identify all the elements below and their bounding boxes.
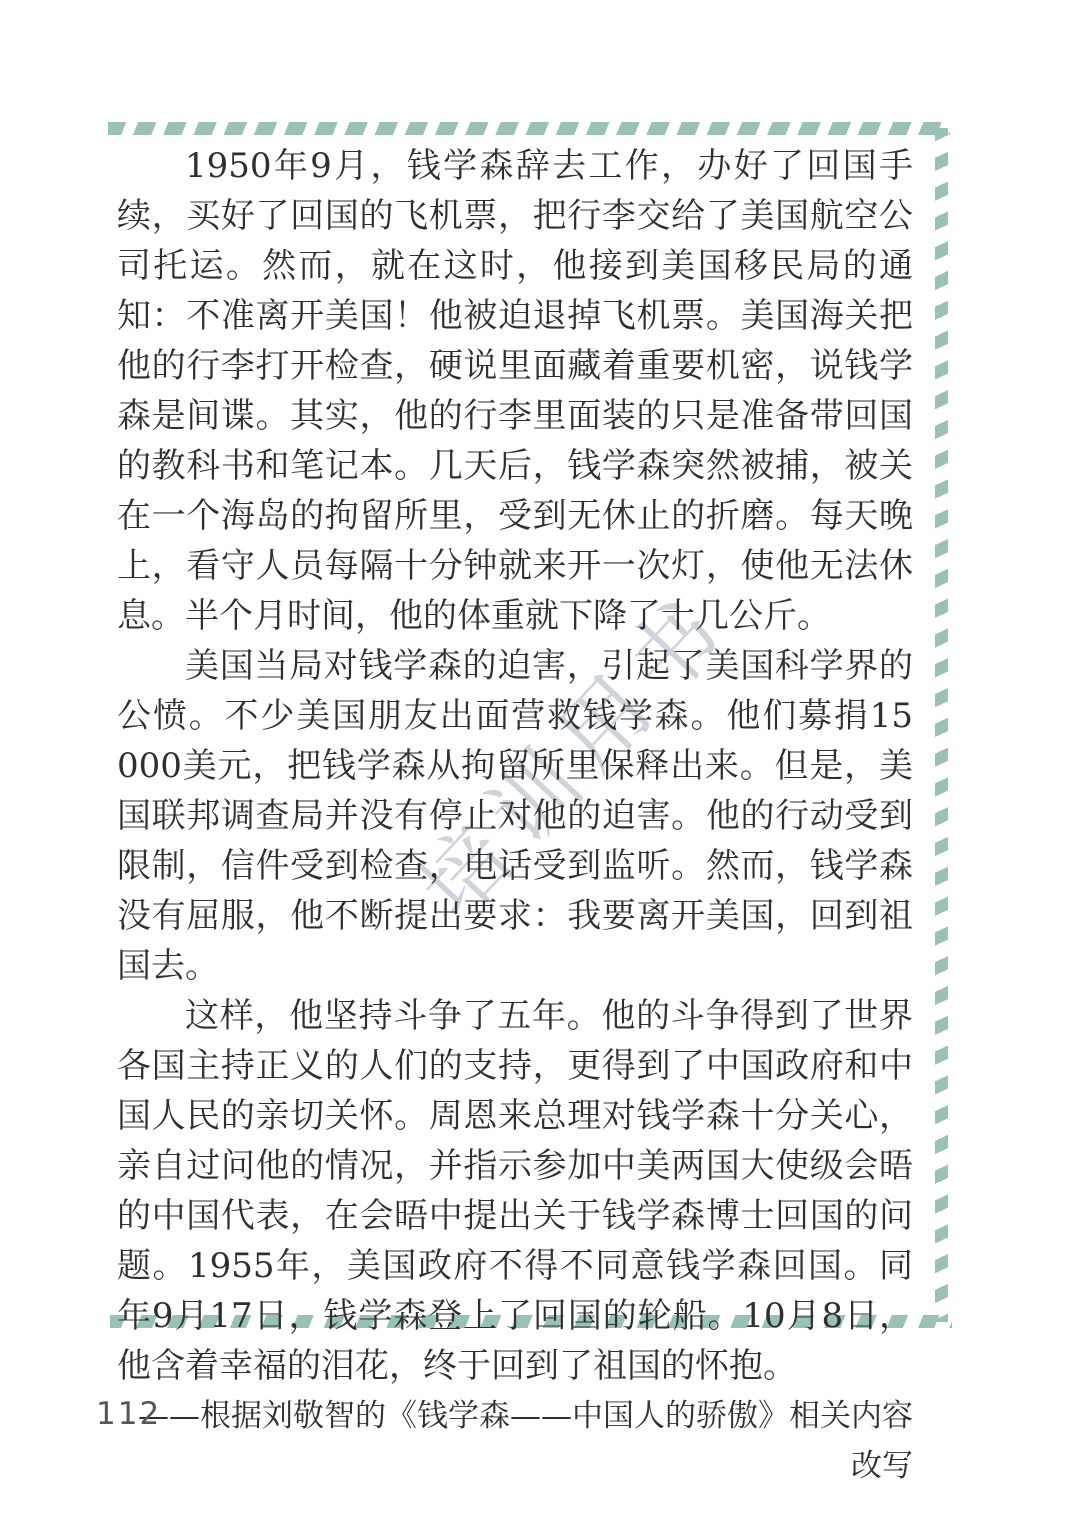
paragraph: 1950年9月，钱学森辞去工作，办好了回国手续，买好了回国的飞机票，把行李交给了… bbox=[117, 141, 913, 641]
frame-right-dashed-border bbox=[935, 128, 948, 1322]
article-paragraphs: 1950年9月，钱学森辞去工作，办好了回国手续，买好了回国的飞机票，把行李交给了… bbox=[117, 141, 913, 1391]
paragraph: 这样，他坚持斗争了五年。他的斗争得到了世界各国主持正义的人们的支持，更得到了中国… bbox=[117, 991, 913, 1391]
attribution: ——根据刘敬智的《钱学森——中国人的骄傲》相关内容改写 bbox=[117, 1391, 913, 1491]
page-number: 112 bbox=[96, 1396, 161, 1432]
paragraph: 美国当局对钱学森的迫害，引起了美国科学界的公愤。不少美国朋友出面营救钱学森。他们… bbox=[117, 641, 913, 991]
article-body: 1950年9月，钱学森辞去工作，办好了回国手续，买好了回国的飞机票，把行李交给了… bbox=[117, 141, 913, 1491]
textbook-page: 培训用书 1950年9月，钱学森辞去工作，办好了回国手续，买好了回国的飞机票，把… bbox=[0, 0, 1080, 1527]
frame-top-dashed-border bbox=[108, 122, 950, 135]
